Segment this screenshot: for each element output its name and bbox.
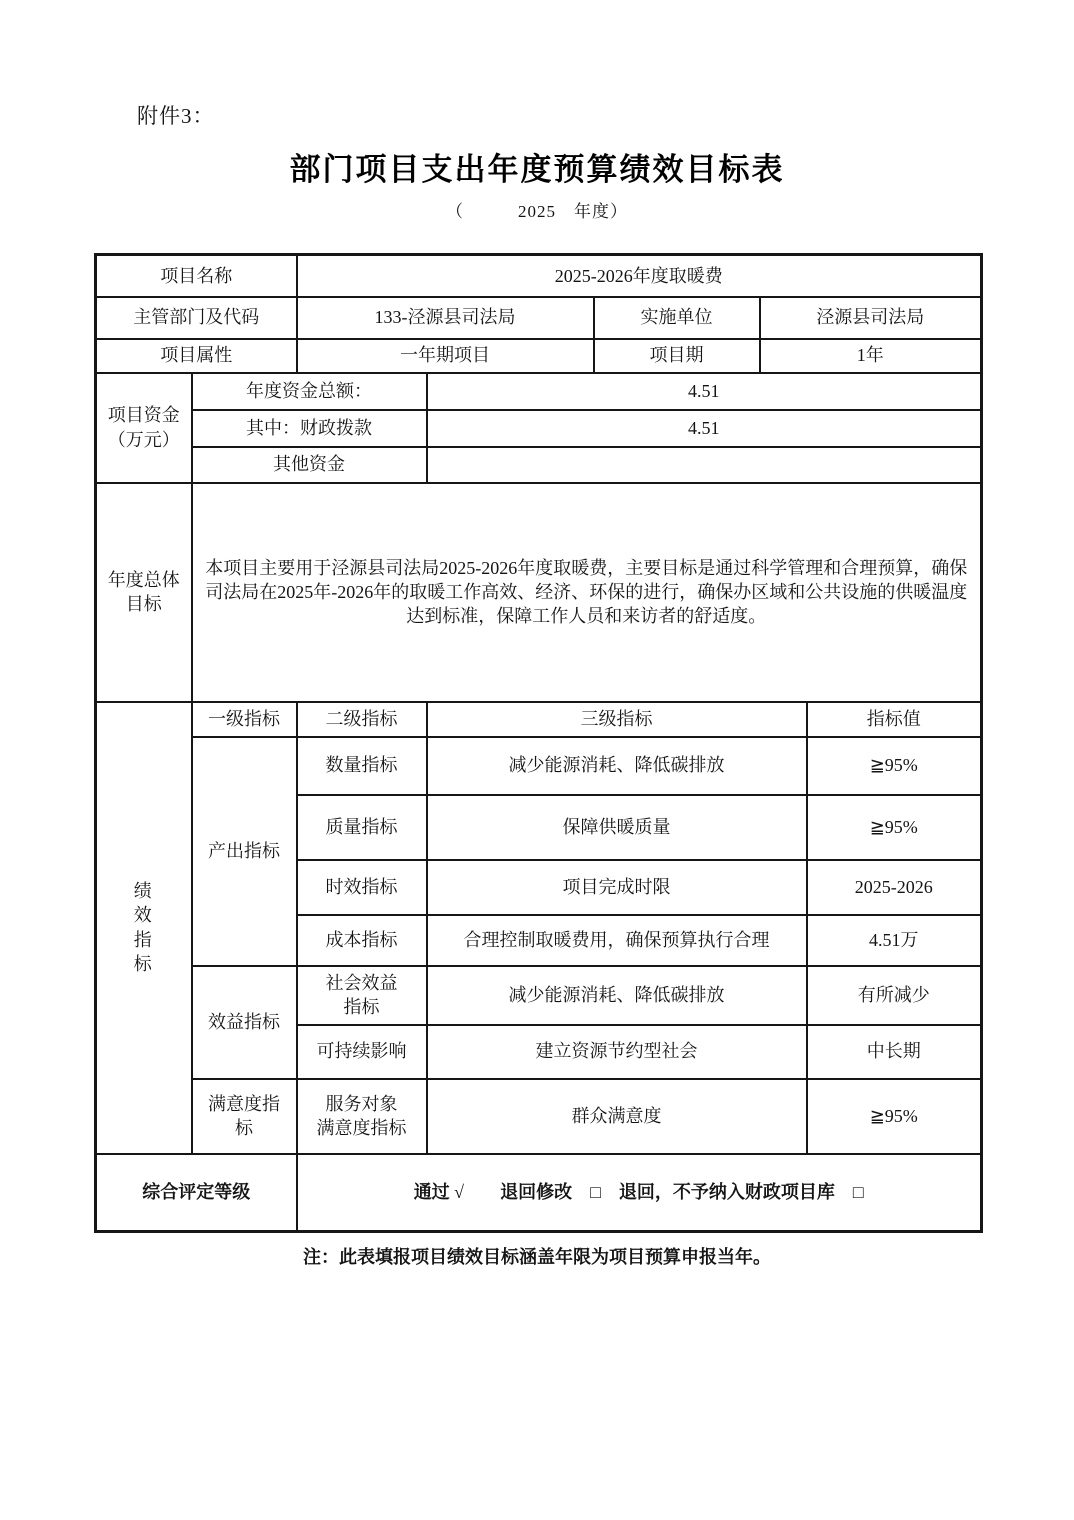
project-name-label: 项目名称 <box>96 255 297 297</box>
service-satisfaction-value: ≧95% <box>807 1079 982 1154</box>
quantity-indicator-label: 数量指标 <box>297 737 427 795</box>
dept-code-label: 主管部门及代码 <box>96 297 297 339</box>
social-benefit-label: 社会效益 指标 <box>297 966 427 1025</box>
satisfaction-indicator-group: 满意度指 标 <box>192 1079 297 1154</box>
dept-code-value: 133-泾源县司法局 <box>297 297 594 339</box>
funds-section-label: 项目资金 （万元） <box>96 373 192 483</box>
quality-indicator-label: 质量指标 <box>297 795 427 860</box>
sustainability-desc: 建立资源节约型社会 <box>427 1025 807 1079</box>
header-value: 指标值 <box>807 702 982 737</box>
header-level2: 二级指标 <box>297 702 427 737</box>
overall-rating-label: 综合评定等级 <box>96 1154 297 1232</box>
cost-indicator-label: 成本指标 <box>297 915 427 966</box>
funds-other-value <box>427 447 982 483</box>
project-attr-value: 一年期项目 <box>297 339 594 373</box>
footnote: 注：此表填报项目绩效目标涵盖年限为项目预算申报当年。 <box>94 1243 980 1269</box>
timeliness-indicator-value: 2025-2026 <box>807 860 982 915</box>
project-period-value: 1年 <box>760 339 982 373</box>
table-row: 主管部门及代码 133-泾源县司法局 实施单位 泾源县司法局 <box>96 297 982 339</box>
header-level3: 三级指标 <box>427 702 807 737</box>
funds-total-value: 4.51 <box>427 373 982 410</box>
table-row: 年度总体 目标 本项目主要用于泾源县司法局2025-2026年度取暖费，主要目标… <box>96 483 982 702</box>
header-level1: 一级指标 <box>192 702 297 737</box>
cost-indicator-desc: 合理控制取暖费用，确保预算执行合理 <box>427 915 807 966</box>
project-period-label: 项目期 <box>594 339 760 373</box>
table-row: 满意度指 标 服务对象 满意度指标 群众满意度 ≧95% <box>96 1079 982 1154</box>
funds-fiscal-label: 其中：财政拨款 <box>192 410 427 447</box>
sustainability-value: 中长期 <box>807 1025 982 1079</box>
table-row: 其他资金 <box>96 447 982 483</box>
document-page: 附件3： 部门项目支出年度预算绩效目标表 （ 2025 年度） 项目名称 202… <box>0 0 1074 1520</box>
service-satisfaction-label: 服务对象 满意度指标 <box>297 1079 427 1154</box>
timeliness-indicator-label: 时效指标 <box>297 860 427 915</box>
timeliness-indicator-desc: 项目完成时限 <box>427 860 807 915</box>
cost-indicator-value: 4.51万 <box>807 915 982 966</box>
output-indicator-group: 产出指标 <box>192 737 297 966</box>
funds-fiscal-value: 4.51 <box>427 410 982 447</box>
table-row: 产出指标 数量指标 减少能源消耗、降低碳排放 ≧95% <box>96 737 982 795</box>
social-benefit-value: 有所减少 <box>807 966 982 1025</box>
table-row: 项目属性 一年期项目 项目期 1年 <box>96 339 982 373</box>
project-attr-label: 项目属性 <box>96 339 297 373</box>
quality-indicator-desc: 保障供暖质量 <box>427 795 807 860</box>
table-row: 项目名称 2025-2026年度取暖费 <box>96 255 982 297</box>
overall-rating-options: 通过 √ 退回修改 □ 退回，不予纳入财政项目库 □ <box>297 1154 982 1232</box>
indicators-section-label: 绩 效 指 标 <box>96 702 192 1154</box>
project-name-value: 2025-2026年度取暖费 <box>297 255 982 297</box>
funds-total-label: 年度资金总额： <box>192 373 427 410</box>
table-row: 绩 效 指 标 一级指标 二级指标 三级指标 指标值 <box>96 702 982 737</box>
benefit-indicator-group: 效益指标 <box>192 966 297 1079</box>
attachment-label: 附件3： <box>137 100 215 130</box>
funds-other-label: 其他资金 <box>192 447 427 483</box>
impl-unit-value: 泾源县司法局 <box>760 297 982 339</box>
table-row: 项目资金 （万元） 年度资金总额： 4.51 <box>96 373 982 410</box>
table-row: 综合评定等级 通过 √ 退回修改 □ 退回，不予纳入财政项目库 □ <box>96 1154 982 1232</box>
performance-target-table: 项目名称 2025-2026年度取暖费 主管部门及代码 133-泾源县司法局 实… <box>94 253 983 1233</box>
page-title: 部门项目支出年度预算绩效目标表 <box>0 144 1074 189</box>
quantity-indicator-value: ≧95% <box>807 737 982 795</box>
year-subtitle: （ 2025 年度） <box>0 197 1074 222</box>
sustainability-label: 可持续影响 <box>297 1025 427 1079</box>
social-benefit-desc: 减少能源消耗、降低碳排放 <box>427 966 807 1025</box>
quality-indicator-value: ≧95% <box>807 795 982 860</box>
annual-goal-text: 本项目主要用于泾源县司法局2025-2026年度取暖费，主要目标是通过科学管理和… <box>192 483 982 702</box>
service-satisfaction-desc: 群众满意度 <box>427 1079 807 1154</box>
impl-unit-label: 实施单位 <box>594 297 760 339</box>
quantity-indicator-desc: 减少能源消耗、降低碳排放 <box>427 737 807 795</box>
annual-goal-label: 年度总体 目标 <box>96 483 192 702</box>
table-row: 效益指标 社会效益 指标 减少能源消耗、降低碳排放 有所减少 <box>96 966 982 1025</box>
table-row: 其中：财政拨款 4.51 <box>96 410 982 447</box>
